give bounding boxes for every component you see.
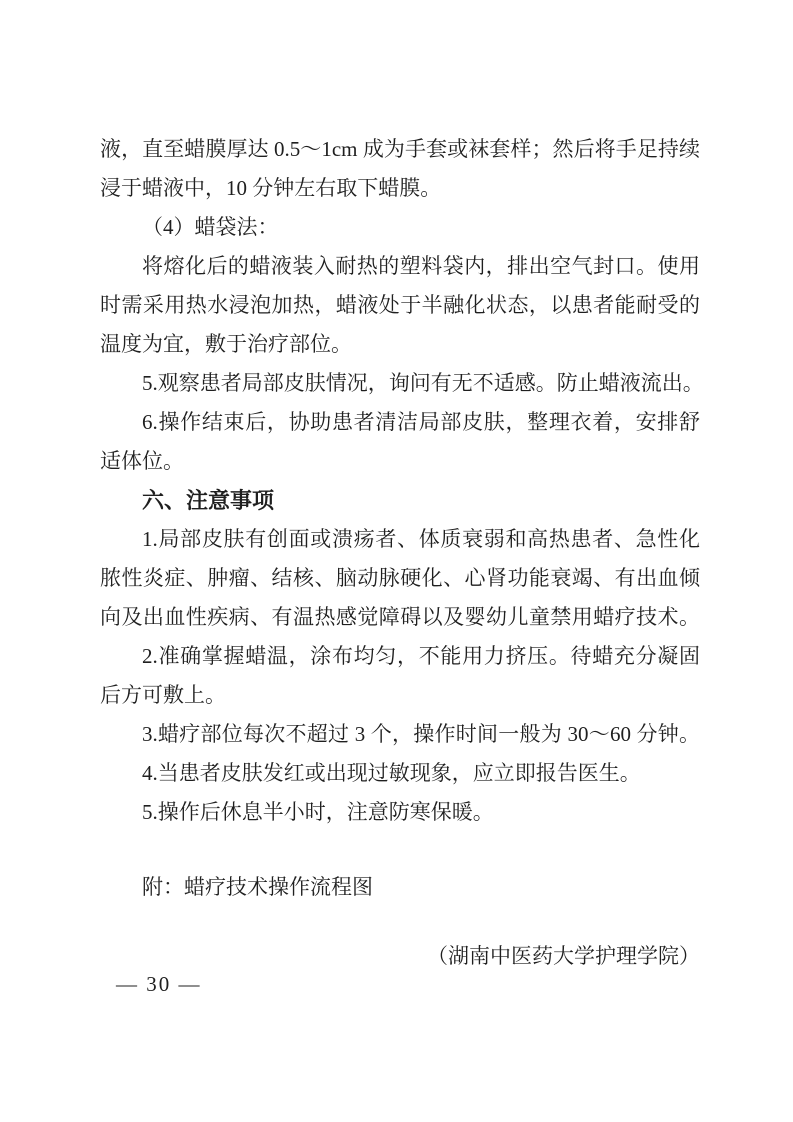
- blank-line: [100, 907, 700, 937]
- body-line: 1.局部皮肤有创面或溃疡者、体质衰弱和高热患者、急性化: [100, 520, 700, 559]
- body-line: 3.蜡疗部位每次不超过 3 个，操作时间一般为 30～60 分钟。: [100, 715, 700, 754]
- body-line: 浸于蜡液中，10 分钟左右取下蜡膜。: [100, 169, 700, 208]
- body-line: 4.当患者皮肤发红或出现过敏现象，应立即报告医生。: [100, 754, 700, 793]
- body-line: 5.操作后休息半小时，注意防寒保暖。: [100, 793, 700, 832]
- body-line: 5.观察患者局部皮肤情况，询问有无不适感。防止蜡液流出。: [100, 364, 700, 403]
- body-line: 液，直至蜡膜厚达 0.5～1cm 成为手套或袜套样；然后将手足持续: [100, 130, 700, 169]
- body-line: 温度为宜，敷于治疗部位。: [100, 325, 700, 364]
- body-line: 6.操作结束后，协助患者清洁局部皮肤，整理衣着，安排舒: [100, 403, 700, 442]
- attachment-note: 附：蜡疗技术操作流程图: [100, 868, 700, 907]
- document-page: 液，直至蜡膜厚达 0.5～1cm 成为手套或袜套样；然后将手足持续 浸于蜡液中，…: [100, 130, 700, 976]
- body-line: 将熔化后的蜡液装入耐热的塑料袋内，排出空气封口。使用: [100, 247, 700, 286]
- body-line: （4）蜡袋法：: [100, 208, 700, 247]
- body-line: 向及出血性疾病、有温热感觉障碍以及婴幼儿童禁用蜡疗技术。: [100, 598, 700, 637]
- body-line: 时需采用热水浸泡加热，蜡液处于半融化状态，以患者能耐受的: [100, 286, 700, 325]
- body-line: 适体位。: [100, 442, 700, 481]
- body-line: 后方可敷上。: [100, 676, 700, 715]
- blank-line: [100, 832, 700, 868]
- body-line: 2.准确掌握蜡温，涂布均匀，不能用力挤压。待蜡充分凝固: [100, 637, 700, 676]
- page-number: — 30 —: [116, 972, 202, 997]
- signature: （湖南中医药大学护理学院）: [100, 937, 700, 976]
- section-heading: 六、注意事项: [100, 481, 700, 520]
- body-line: 脓性炎症、肿瘤、结核、脑动脉硬化、心肾功能衰竭、有出血倾: [100, 559, 700, 598]
